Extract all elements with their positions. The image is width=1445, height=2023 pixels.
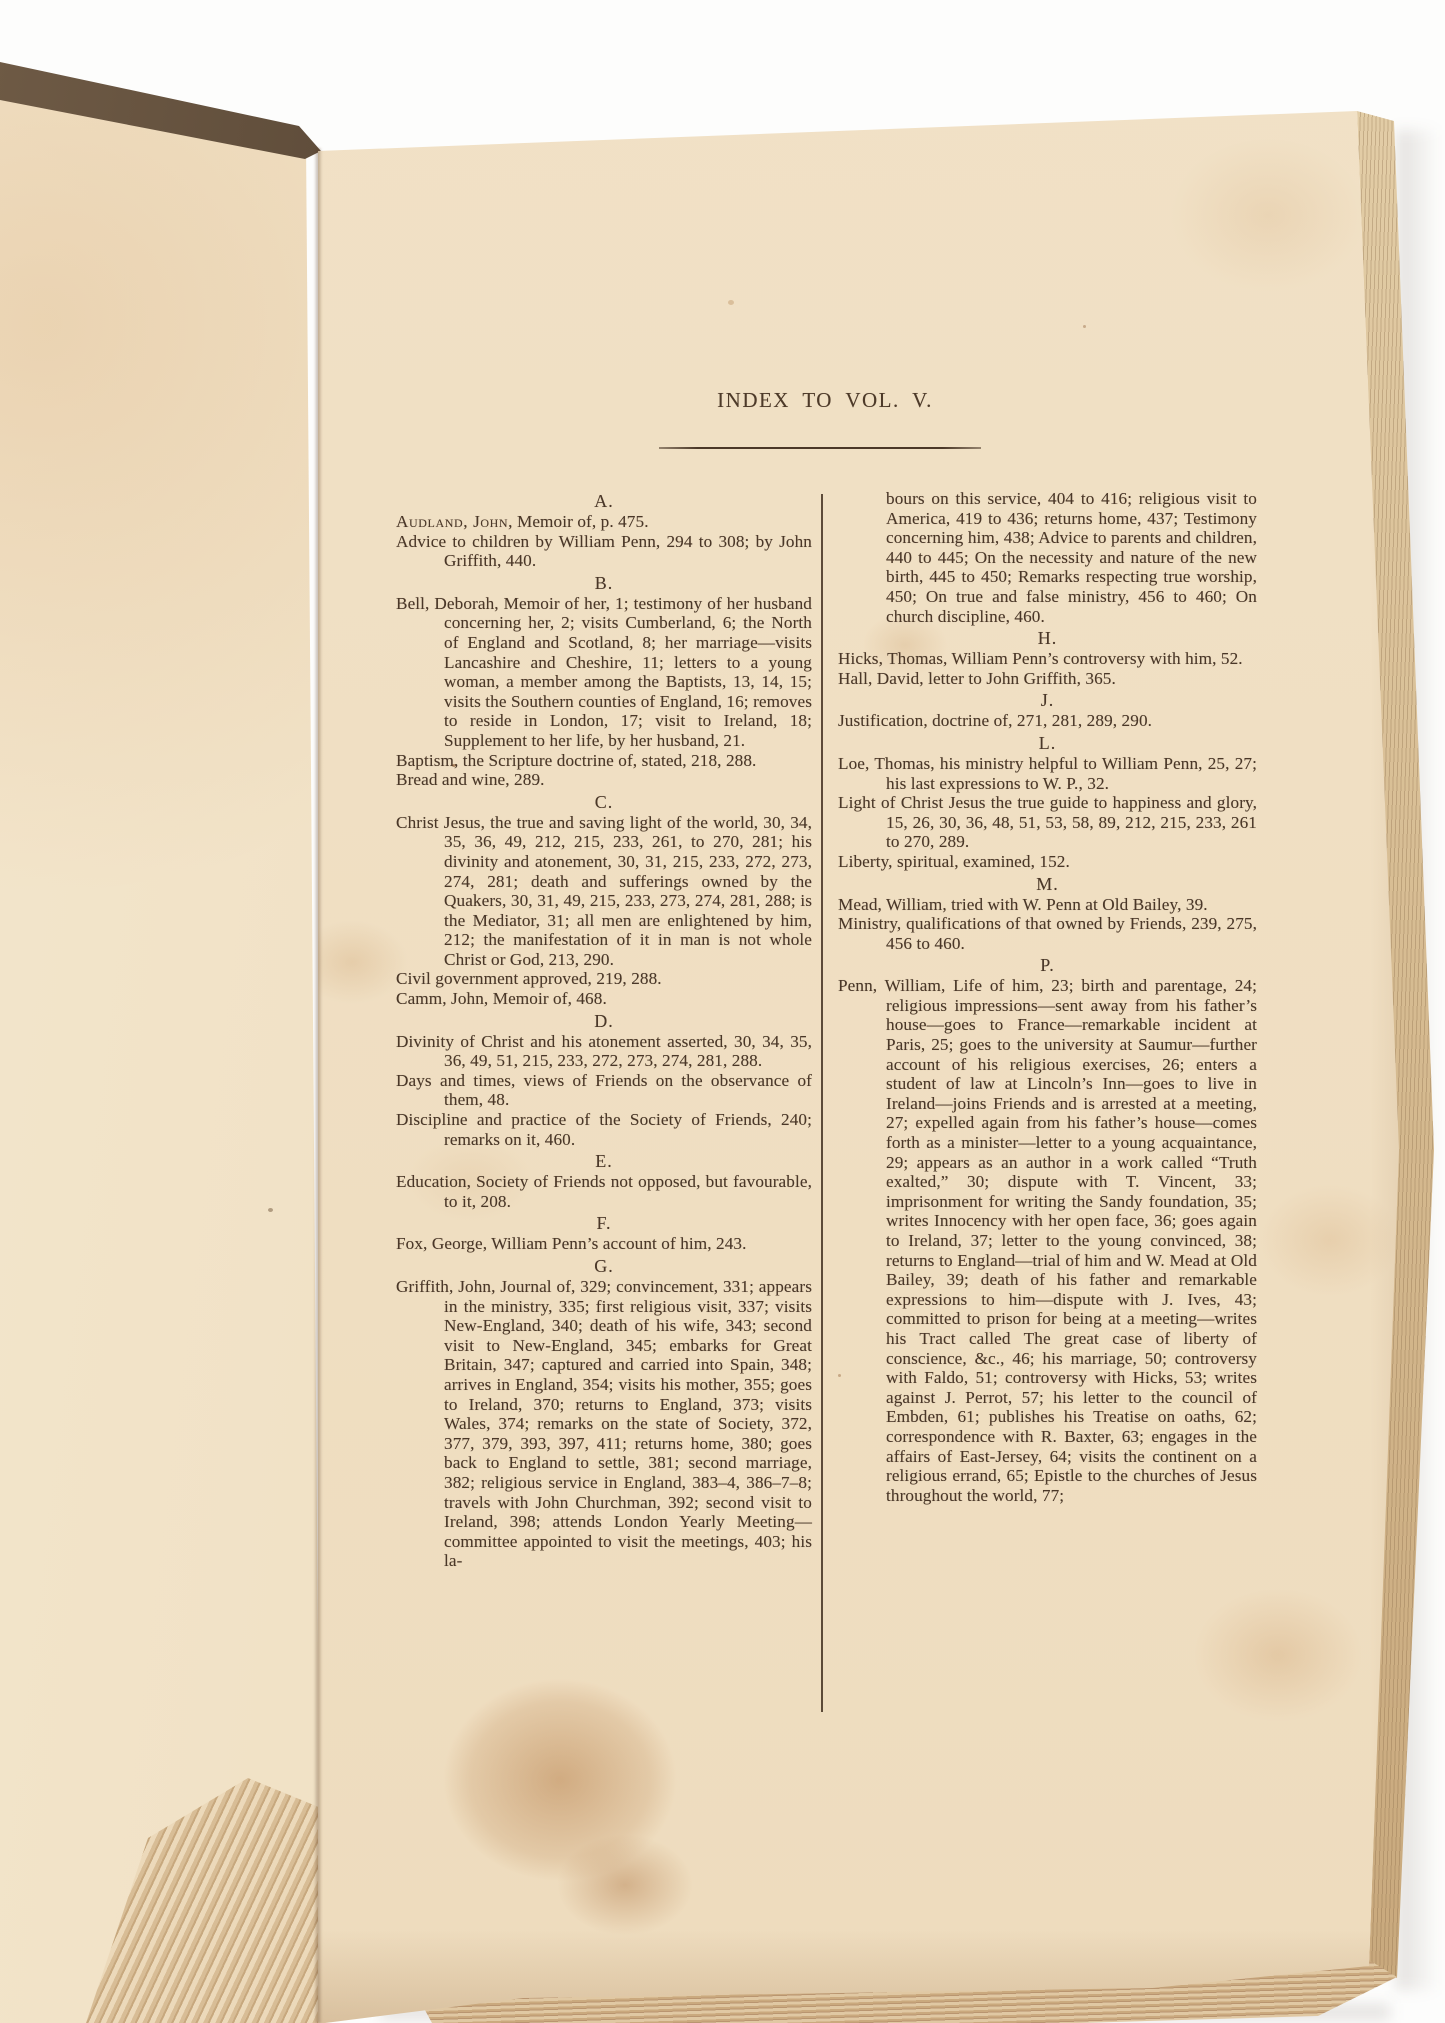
index-entry: Hall, David, letter to John Griffith, 36…	[838, 669, 1257, 689]
index-entry: Griffith, John, Journal of, 329; convinc…	[396, 1277, 812, 1571]
index-column-right: bours on this service, 404 to 416; relig…	[838, 489, 1257, 1505]
index-entry: Liberty, spiritual, examined, 152.	[838, 852, 1257, 872]
section-heading-e: E.	[396, 1151, 812, 1171]
index-entry: Light of Christ Jesus the true guide to …	[838, 793, 1257, 852]
index-entry: Discipline and practice of the Society o…	[396, 1110, 812, 1149]
section-heading-h: H.	[838, 628, 1257, 648]
index-entry: Advice to children by William Penn, 294 …	[396, 532, 812, 571]
section-heading-b: B.	[396, 573, 812, 593]
foxing-speck	[268, 1208, 273, 1212]
section-heading-f: F.	[396, 1213, 812, 1233]
foxing-speck	[728, 300, 734, 305]
index-entry: Bell, Deborah, Memoir of her, 1; testimo…	[396, 594, 812, 751]
foxing-speck	[838, 1374, 841, 1377]
index-entry: Justification, doctrine of, 271, 281, 28…	[838, 711, 1257, 731]
section-heading-j: J.	[838, 690, 1257, 710]
index-entry: bours on this service, 404 to 416; relig…	[838, 489, 1257, 626]
foxing-speck	[452, 764, 456, 767]
column-divider	[821, 494, 823, 1712]
index-entry: Bread and wine, 289.	[396, 770, 812, 790]
gutter-crease	[314, 148, 322, 2023]
section-heading-p: P.	[838, 955, 1257, 975]
index-entry: Christ Jesus, the true and saving light …	[396, 813, 812, 970]
index-entry: Baptism, the Scripture doctrine of, stat…	[396, 751, 812, 771]
section-heading-c: C.	[396, 792, 812, 812]
section-heading-l: L.	[838, 733, 1257, 753]
section-heading-d: D.	[396, 1011, 812, 1031]
index-entry: Education, Society of Friends not oppose…	[396, 1172, 812, 1211]
section-heading-g: G.	[396, 1256, 812, 1276]
entry-lead-name: Audland, John	[396, 512, 508, 531]
book-photo: INDEX TO VOL. V. A.Audland, John, Memoir…	[0, 0, 1445, 2023]
index-entry: Hicks, Thomas, William Penn’s controvers…	[838, 649, 1257, 669]
section-heading-m: M.	[838, 874, 1257, 894]
index-entry: Fox, George, William Penn’s account of h…	[396, 1234, 812, 1254]
foxing-speck	[1083, 325, 1086, 328]
page-title: INDEX TO VOL. V.	[395, 388, 1255, 413]
index-entry: Penn, William, Life of him, 23; birth an…	[838, 976, 1257, 1505]
index-entry: Days and times, views of Friends on the …	[396, 1071, 812, 1110]
foxing-speck	[1196, 520, 1200, 523]
section-heading-a: A.	[396, 491, 812, 511]
index-column-left: A.Audland, John, Memoir of, p. 475.Advic…	[396, 489, 812, 1571]
index-entry: Civil government approved, 219, 288.	[396, 969, 812, 989]
index-entry: Audland, John, Memoir of, p. 475.	[396, 512, 812, 532]
index-entry: Divinity of Christ and his atonement ass…	[396, 1032, 812, 1071]
index-entry: Ministry, qualifications of that owned b…	[838, 914, 1257, 953]
index-entry: Camm, John, Memoir of, 468.	[396, 989, 812, 1009]
title-rule	[659, 447, 981, 449]
index-entry: Loe, Thomas, his ministry helpful to Wil…	[838, 754, 1257, 793]
index-entry: Mead, William, tried with W. Penn at Old…	[838, 895, 1257, 915]
